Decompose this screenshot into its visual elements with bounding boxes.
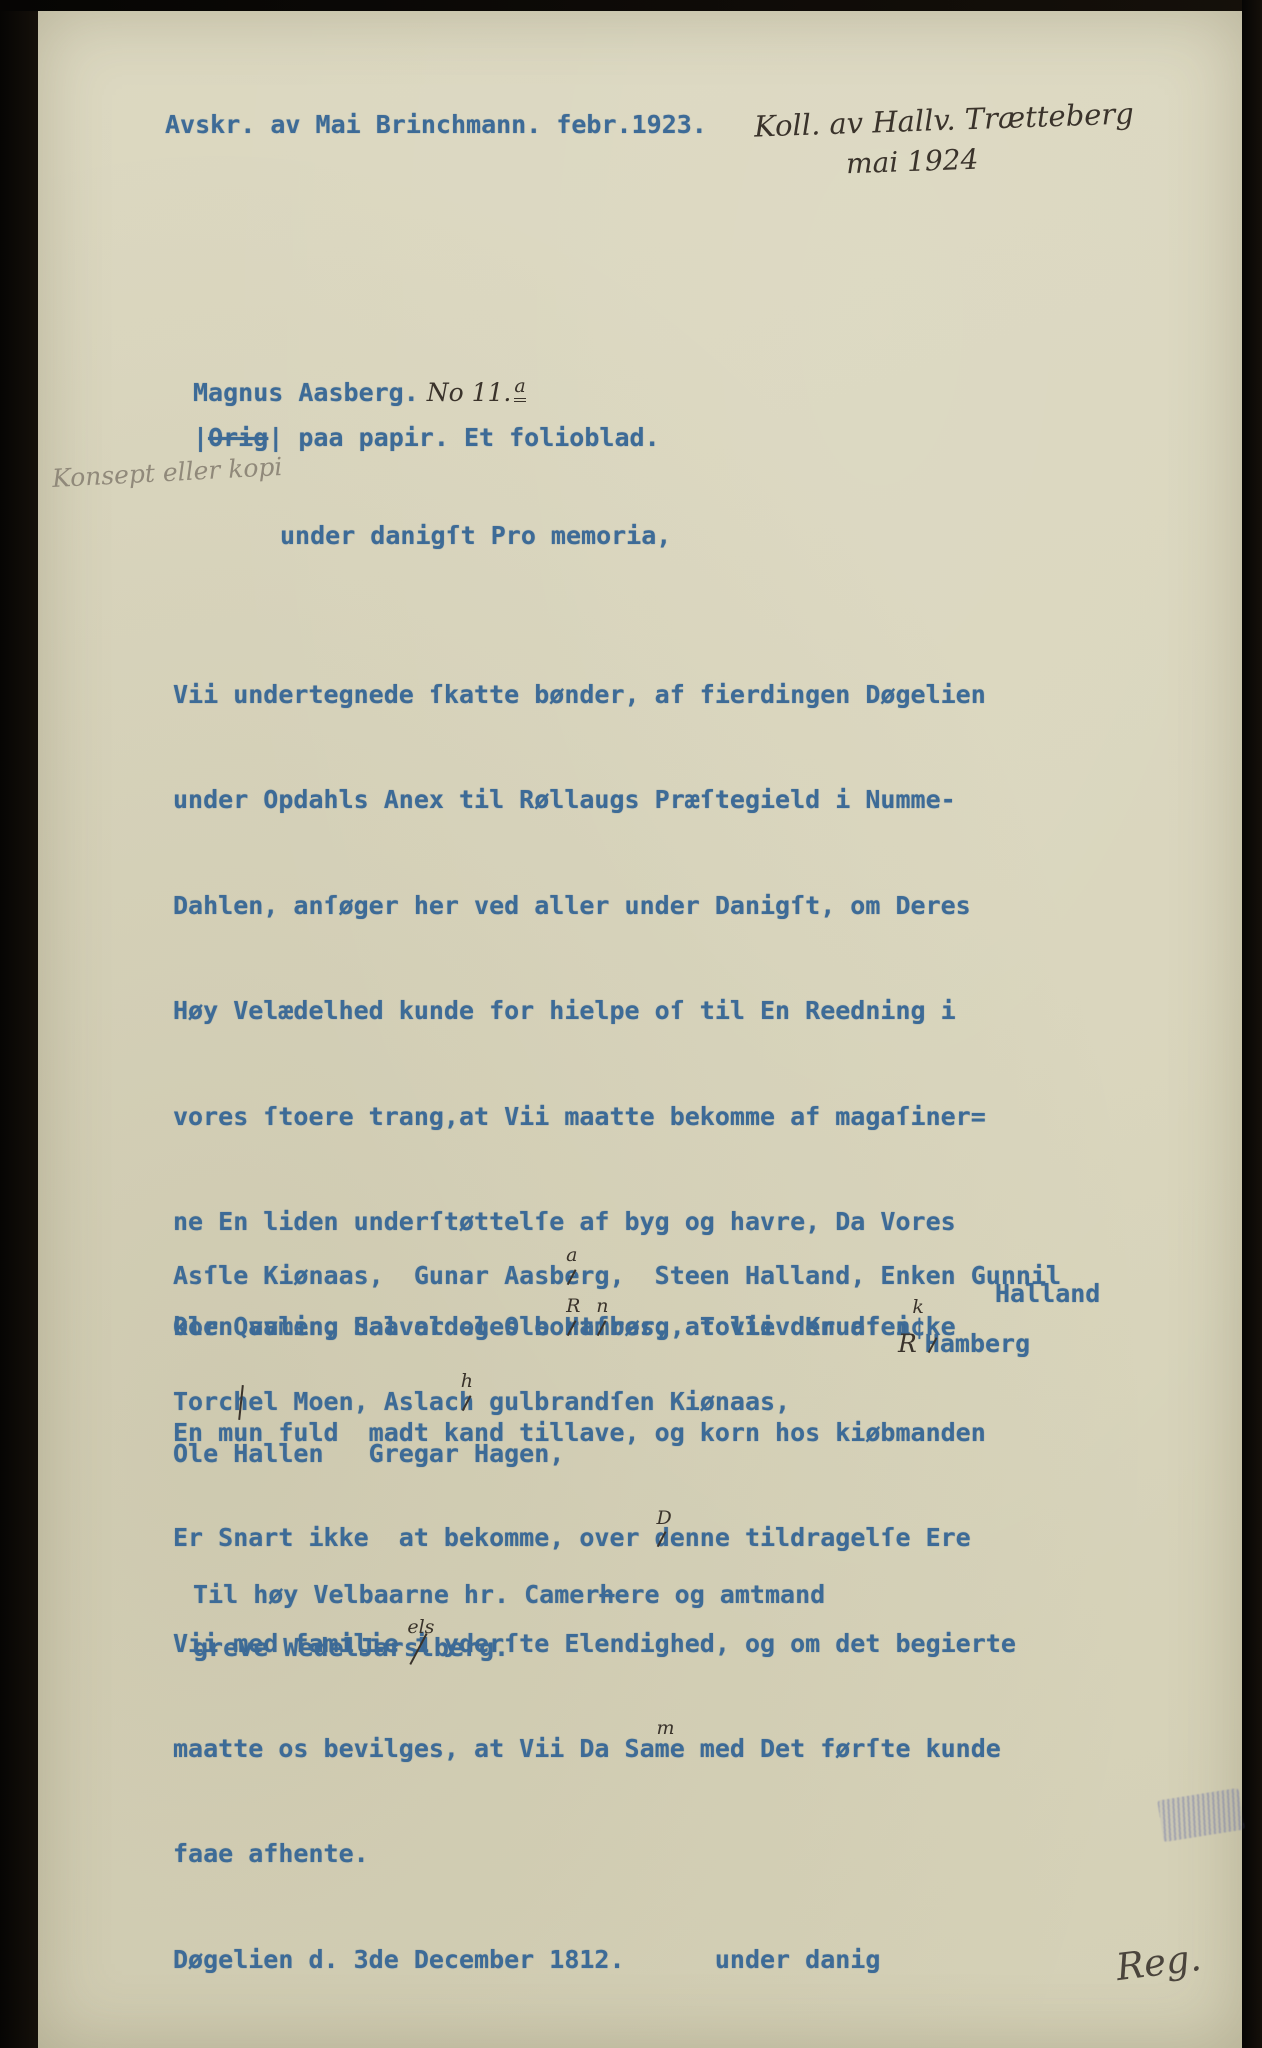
dateline: Døgelien d. 3de December 1812. under dan… [173, 1946, 1016, 1995]
closing-line-2: greve WedelJarslelsberg. [193, 1634, 509, 1662]
stamp-smudge [1157, 1788, 1245, 1842]
signature-line-1: Asſle Kiønaas, Gunar Aasbearg, Steen Hal… [173, 1262, 1061, 1290]
document-title-line: Magnus Aasberg. No 11.a [193, 372, 526, 407]
collation-handwritten-note: Koll. av Hallv. Trætteberg [754, 96, 1135, 143]
signature-line-2: Ole Qvamen, Halvor og Ole HRamnberg, Tol… [173, 1313, 911, 1341]
closing-line-1: Til høy Velbaarne hr. Camerhere og amtma… [193, 1581, 825, 1609]
scanned-document-photo: { "scan": { "backdrop_color": "#0c0a07",… [0, 0, 1262, 2048]
signature-line-4: Ole Hallen Gregar Hagen, [173, 1440, 564, 1468]
backdrop-top-edge [0, 0, 1262, 11]
collation-date-note: mai 1924 [845, 143, 978, 181]
backdrop-left-edge [0, 0, 38, 2048]
reg-handwritten-note: Reg. [1114, 1936, 1204, 1989]
backdrop-right-edge [1242, 0, 1262, 2048]
signature-halland: Halland [995, 1280, 1100, 1308]
body-line: maatte os bevilges, at Vii Da Samme med … [173, 1735, 1016, 1784]
body-line: Dahlen, anſøger her ved aller under Dani… [173, 892, 1016, 941]
body-line: faae afhente. [173, 1840, 1016, 1889]
body-line: vores ſtoere trang,at Vii maatte bekomme… [173, 1103, 1016, 1152]
original-description-line: |Orig| paa papir. Et folioblad. [193, 424, 660, 452]
body-line: Vii undertegnede ſkatte bønder, af fierd… [173, 681, 1016, 730]
signature-rhamberg: R Hamberg [898, 1330, 1030, 1358]
salutation-line: under danigſt Pro memoria, [280, 522, 671, 550]
body-line: under Opdahls Anex til Røllaugs Præſtegi… [173, 786, 1016, 835]
body-line: Er Snart ikke at bekomme, over dDenne ti… [173, 1524, 1016, 1573]
document-page: Avskr. av Mai Brinchmann. febr.1923. Kol… [38, 11, 1242, 2048]
transcription-note-typed: Avskr. av Mai Brinchmann. febr.1923. [165, 111, 707, 139]
signature-line-3: Torchel Moen, Aslachh gulbrandſen Kiønaa… [173, 1388, 790, 1416]
body-line: Høy Velædelhed kunde for hielpe oſ til E… [173, 997, 1016, 1046]
margin-pencil-note: Konsept eller kopi [51, 452, 283, 493]
body-line: ne En liden underſtøttelſe af byg og hav… [173, 1208, 1016, 1257]
